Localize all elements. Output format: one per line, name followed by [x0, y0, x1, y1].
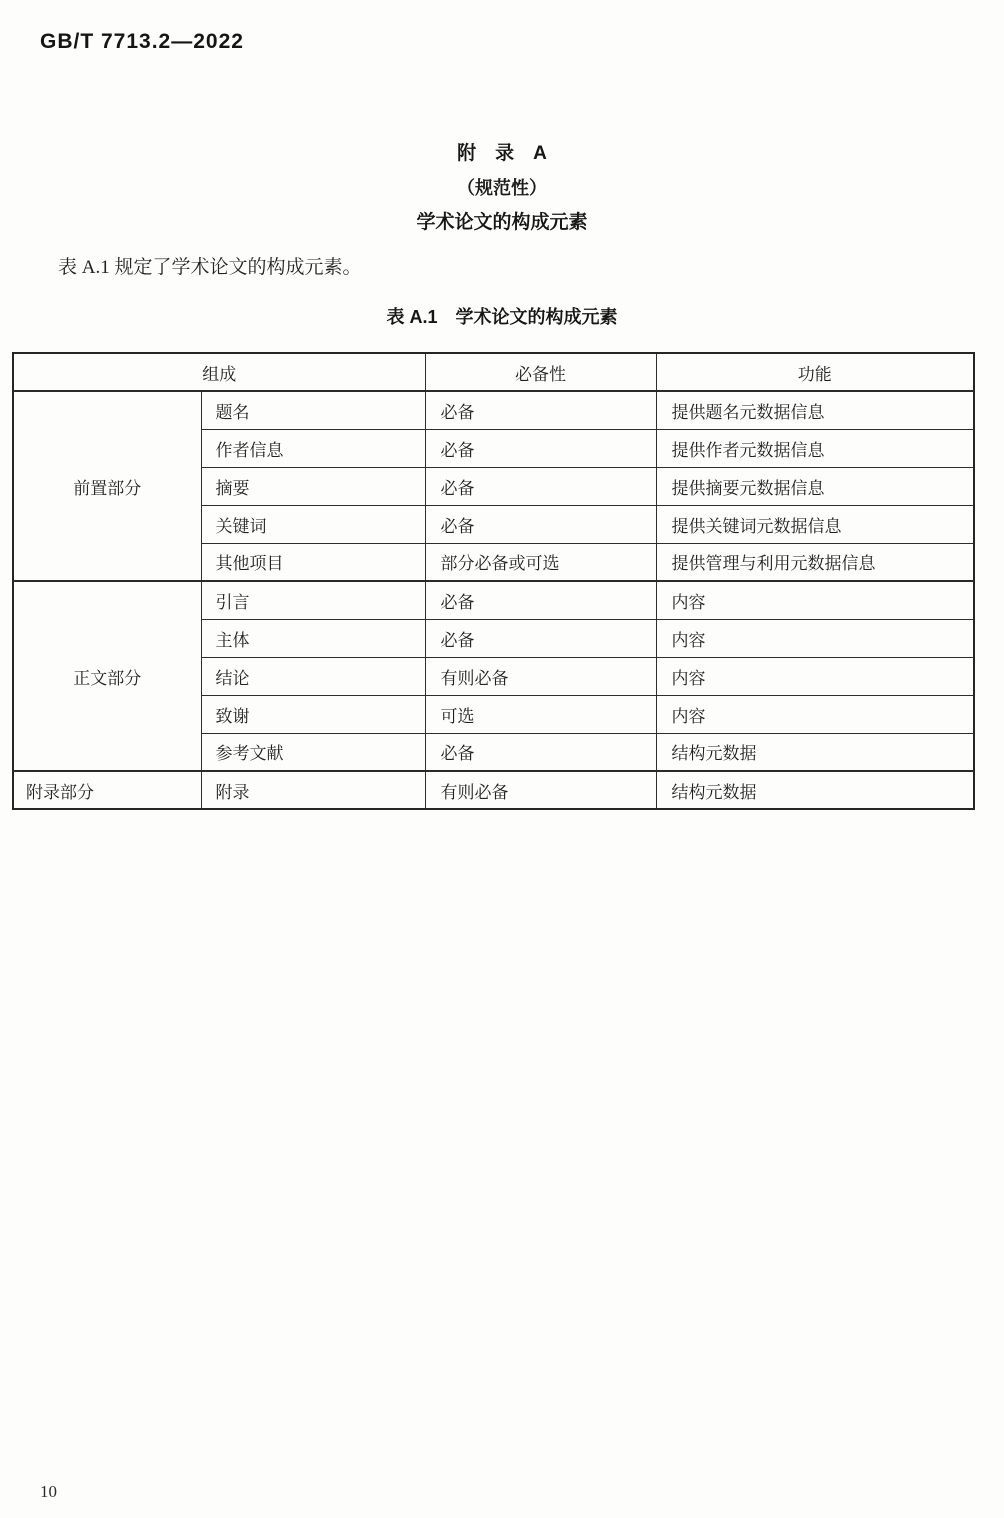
item-cell: 引言	[201, 581, 425, 619]
function-cell: 结构元数据	[656, 771, 974, 809]
necessity-cell: 有则必备	[425, 657, 656, 695]
necessity-cell: 必备	[425, 619, 656, 657]
item-cell: 关键词	[201, 505, 425, 543]
standard-number: GB/T 7713.2—2022	[40, 30, 244, 54]
group-cell: 附录部分	[13, 771, 201, 809]
function-cell: 内容	[656, 695, 974, 733]
function-cell: 内容	[656, 581, 974, 619]
necessity-cell: 必备	[425, 391, 656, 429]
appendix-normative-label: （规范性）	[0, 174, 1004, 200]
page-number: 10	[40, 1482, 57, 1502]
function-cell: 提供摘要元数据信息	[656, 467, 974, 505]
necessity-cell: 必备	[425, 505, 656, 543]
intro-paragraph: 表 A.1 规定了学术论文的构成元素。	[40, 255, 964, 281]
group-cell: 正文部分	[13, 581, 201, 771]
necessity-cell: 部分必备或可选	[425, 543, 656, 581]
col-header-function: 功能	[656, 353, 974, 391]
group-cell: 前置部分	[13, 391, 201, 581]
necessity-cell: 有则必备	[425, 771, 656, 809]
components-table: 组成 必备性 功能 前置部分题名必备提供题名元数据信息作者信息必备提供作者元数据…	[12, 352, 975, 810]
item-cell: 参考文献	[201, 733, 425, 771]
item-cell: 结论	[201, 657, 425, 695]
necessity-cell: 必备	[425, 581, 656, 619]
item-cell: 题名	[201, 391, 425, 429]
necessity-cell: 必备	[425, 467, 656, 505]
item-cell: 致谢	[201, 695, 425, 733]
table-row: 正文部分引言必备内容	[13, 581, 974, 619]
necessity-cell: 必备	[425, 733, 656, 771]
col-header-composition: 组成	[13, 353, 425, 391]
table-caption: 表 A.1 学术论文的构成元素	[0, 303, 1004, 329]
necessity-cell: 必备	[425, 429, 656, 467]
item-cell: 作者信息	[201, 429, 425, 467]
appendix-title: 附 录 A	[0, 138, 1004, 165]
table-header-row: 组成 必备性 功能	[13, 353, 974, 391]
function-cell: 提供管理与利用元数据信息	[656, 543, 974, 581]
function-cell: 提供题名元数据信息	[656, 391, 974, 429]
necessity-cell: 可选	[425, 695, 656, 733]
appendix-heading: 学术论文的构成元素	[0, 207, 1004, 234]
function-cell: 结构元数据	[656, 733, 974, 771]
item-cell: 摘要	[201, 467, 425, 505]
function-cell: 内容	[656, 657, 974, 695]
table-row: 附录部分附录有则必备结构元数据	[13, 771, 974, 809]
item-cell: 附录	[201, 771, 425, 809]
function-cell: 提供关键词元数据信息	[656, 505, 974, 543]
col-header-necessity: 必备性	[425, 353, 656, 391]
item-cell: 其他项目	[201, 543, 425, 581]
function-cell: 提供作者元数据信息	[656, 429, 974, 467]
table-row: 前置部分题名必备提供题名元数据信息	[13, 391, 974, 429]
function-cell: 内容	[656, 619, 974, 657]
item-cell: 主体	[201, 619, 425, 657]
